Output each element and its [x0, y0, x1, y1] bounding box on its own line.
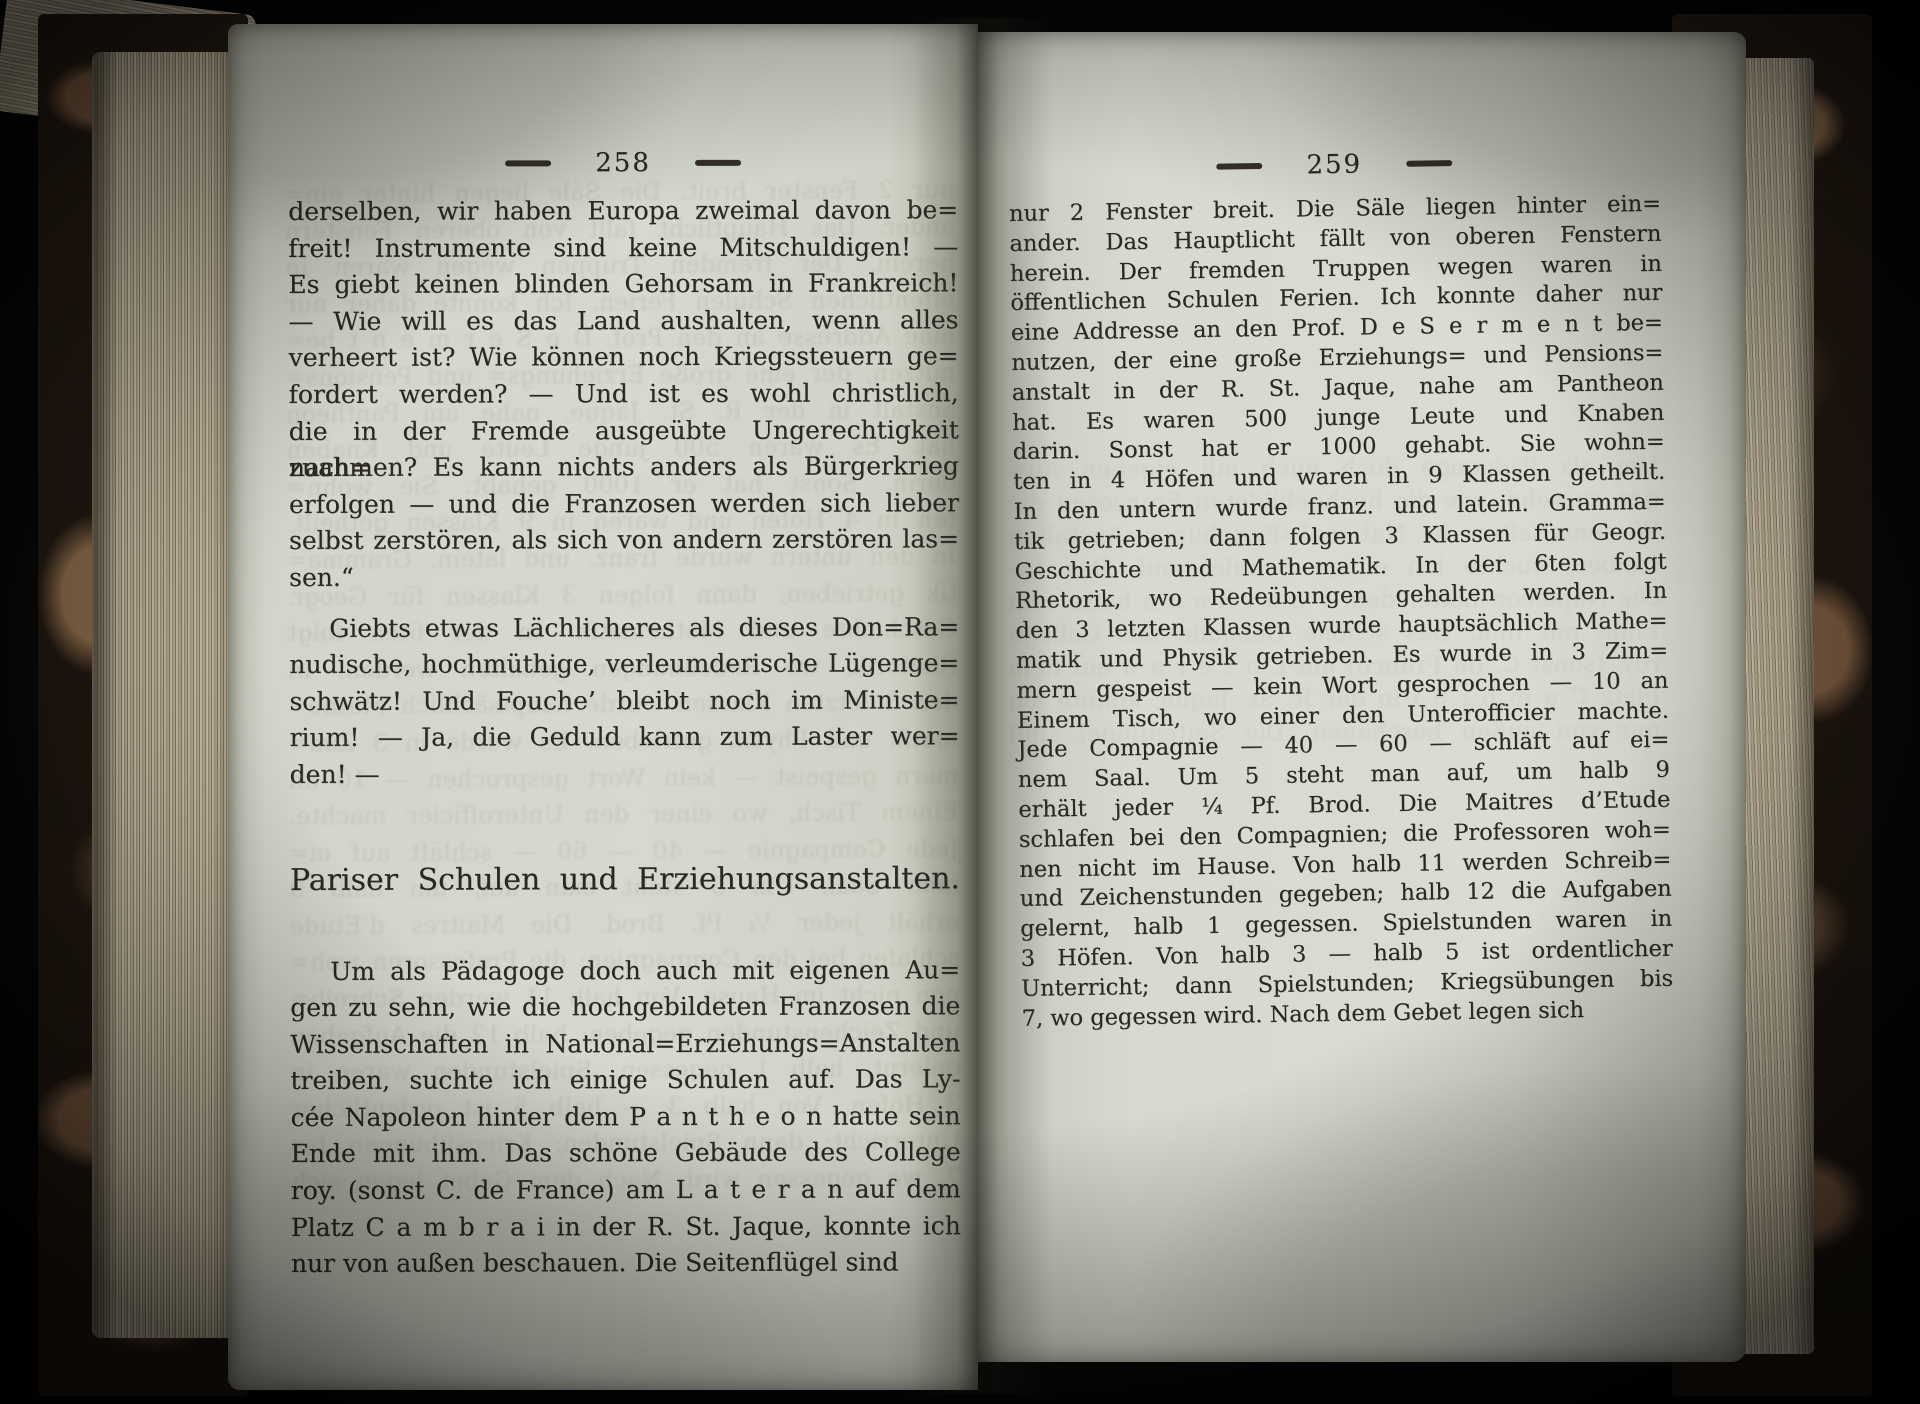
paragraph-school-description: nur 2 Fenster breit. Die Säle liegen hin… [1009, 190, 1674, 1034]
text-line: Platz C a m b r a i in der R. St. Jaque,… [291, 1208, 961, 1246]
page-left-content: — 258 — derselben, wir haben Europa zwei… [288, 142, 961, 1283]
page-left-header: — 258 — [288, 142, 958, 184]
page-number-right: 259 [1306, 149, 1362, 180]
text-line: erfolgen — und die Franzosen werden sich… [289, 485, 959, 523]
text-line: Wissenschaften in National=Erziehungs=An… [290, 1025, 960, 1063]
header-dash-icon: — [695, 160, 741, 166]
page-right-header: — 259 — [1008, 140, 1661, 190]
text-line: sen.“ [289, 558, 959, 596]
text-line: fordert werden? — Und ist es wohl christ… [289, 375, 959, 413]
page-right: Um als Pädagoge doch auch mit eigenen Au… [978, 32, 1746, 1362]
text-line: — Wie will es das Land aushalten, wenn a… [288, 302, 958, 340]
text-line: verheert ist? Wie können noch Kriegssteu… [289, 339, 959, 377]
header-dash-icon: — [1406, 160, 1452, 167]
header-dash-icon: — [1216, 163, 1262, 170]
header-dash-icon: — [505, 160, 551, 166]
text-line: die in der Fremde ausgeübte Ungerechtigk… [289, 412, 959, 450]
text-line: selbst zerstören, als sich von andern ze… [289, 522, 959, 560]
text-line: cée Napoleon hinter dem P a n t h e o n … [291, 1098, 961, 1136]
text-line: treiben, suchte ich einige Schulen auf. … [290, 1062, 960, 1100]
text-line: freit! Instrumente sind keine Mitschuldi… [288, 229, 958, 267]
text-line: Um als Pädagoge doch auch mit eigenen Au… [290, 952, 960, 990]
text-line: den! — [290, 755, 960, 793]
paragraph-continuation: derselben, wir haben Europa zweimal davo… [288, 192, 959, 596]
text-line: Es giebt keinen blinden Gehorsam in Fran… [288, 265, 958, 303]
text-line: roy. (sonst C. de France) am L a t e r a… [291, 1171, 961, 1209]
text-line: derselben, wir haben Europa zweimal davo… [288, 192, 958, 230]
page-left: nur 2 Fenster breit. Die Säle liegen hin… [228, 24, 978, 1390]
text-line: nur von außen beschauen. Die Seitenflüge… [291, 1244, 961, 1282]
paragraph-commentary: Giebts etwas Lächlicheres als dieses Don… [289, 609, 959, 794]
paragraph-schools: Um als Pädagoge doch auch mit eigenen Au… [290, 952, 961, 1283]
text-line: rium! — Ja, die Geduld kann zum Laster w… [290, 719, 960, 757]
text-line: gen zu sehn, wie die hochgebildeten Fran… [290, 988, 960, 1026]
page-edge-stack-right [1734, 58, 1814, 1354]
page-number-left: 258 [595, 148, 651, 178]
text-line: nudische, hochmüthige, verleumderische L… [289, 645, 959, 683]
text-line: Ende mit ihm. Das schöne Gebäude des Col… [291, 1135, 961, 1173]
page-right-content: — 259 — nur 2 Fenster breit. Die Säle li… [1008, 140, 1674, 1034]
text-line: zuahmen? Es kann nichts anders als Bürge… [289, 448, 959, 486]
text-line: Giebts etwas Lächlicheres als dieses Don… [289, 609, 959, 647]
text-line: schwätz! Und Fouche’ bleibt noch im Mini… [289, 682, 959, 720]
book-photograph: nur 2 Fenster breit. Die Säle liegen hin… [0, 0, 1920, 1404]
section-heading: Pariser Schulen und Erziehungsanstalten. [290, 858, 960, 902]
page-edge-stack-left [92, 52, 240, 1338]
